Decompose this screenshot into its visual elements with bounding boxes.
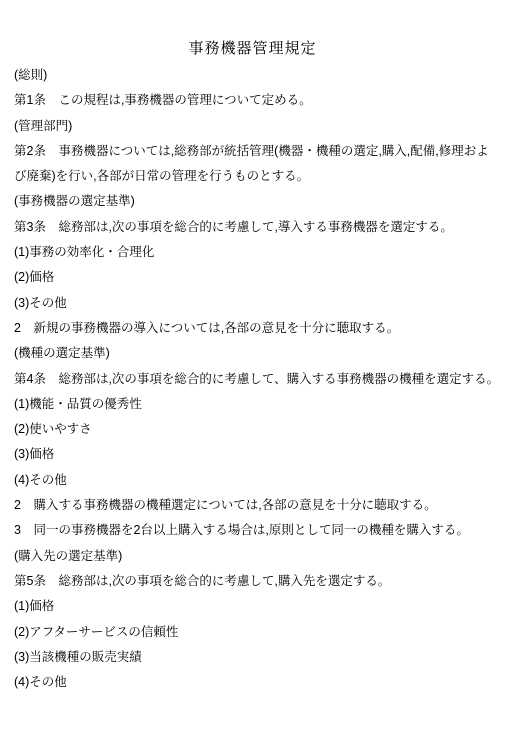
document-line: (3)価格 (14, 442, 497, 467)
document-line: 第1条 この規程は,事務機器の管理について定める。 (14, 88, 497, 113)
document-line: (総則) (14, 63, 497, 88)
document-page: 事務機器管理規定 (総則)第1条 この規程は,事務機器の管理について定める。(管… (0, 0, 505, 739)
document-line: (1)事務の効率化・合理化 (14, 240, 497, 265)
document-line: (機種の選定基準) (14, 341, 497, 366)
document-line: 2 購入する事務機器の機種選定については,各部の意見を十分に聴取する。 (14, 493, 497, 518)
document-line: (3)その他 (14, 291, 497, 316)
document-line: (1)価格 (14, 594, 497, 619)
document-line: (3)当該機種の販売実績 (14, 645, 497, 670)
document-line: 第3条 総務部は,次の事項を総合的に考慮して,導入する事務機器を選定する。 (14, 215, 497, 240)
document-line: 第5条 総務部は,次の事項を総合的に考慮して,購入先を選定する。 (14, 569, 497, 594)
document-line: 第2条 事務機器については,総務部が統括管理(機器・機種の選定,購入,配備,修理… (14, 139, 497, 164)
document-body: (総則)第1条 この規程は,事務機器の管理について定める。(管理部門)第2条 事… (14, 63, 497, 695)
document-line: 2 新規の事務機器の導入については,各部の意見を十分に聴取する。 (14, 316, 497, 341)
document-line: び廃棄)を行い,各部が日常の管理を行うものとする。 (14, 164, 497, 189)
document-line: (4)その他 (14, 670, 497, 695)
document-line: 3 同一の事務機器を2台以上購入する場合は,原則として同一の機種を購入する。 (14, 518, 497, 543)
document-line: (管理部門) (14, 114, 497, 139)
document-line: (2)価格 (14, 265, 497, 290)
document-line: (事務機器の選定基準) (14, 189, 497, 214)
document-line: (2)アフターサービスの信頼性 (14, 620, 497, 645)
document-line: 第4条 総務部は,次の事項を総合的に考慮して、購入する事務機器の機種を選定する。 (14, 367, 497, 392)
document-line: (1)機能・品質の優秀性 (14, 392, 497, 417)
document-line: (4)その他 (14, 468, 497, 493)
document-line: (購入先の選定基準) (14, 544, 497, 569)
document-line: (2)使いやすさ (14, 417, 497, 442)
page-title: 事務機器管理規定 (0, 0, 505, 57)
